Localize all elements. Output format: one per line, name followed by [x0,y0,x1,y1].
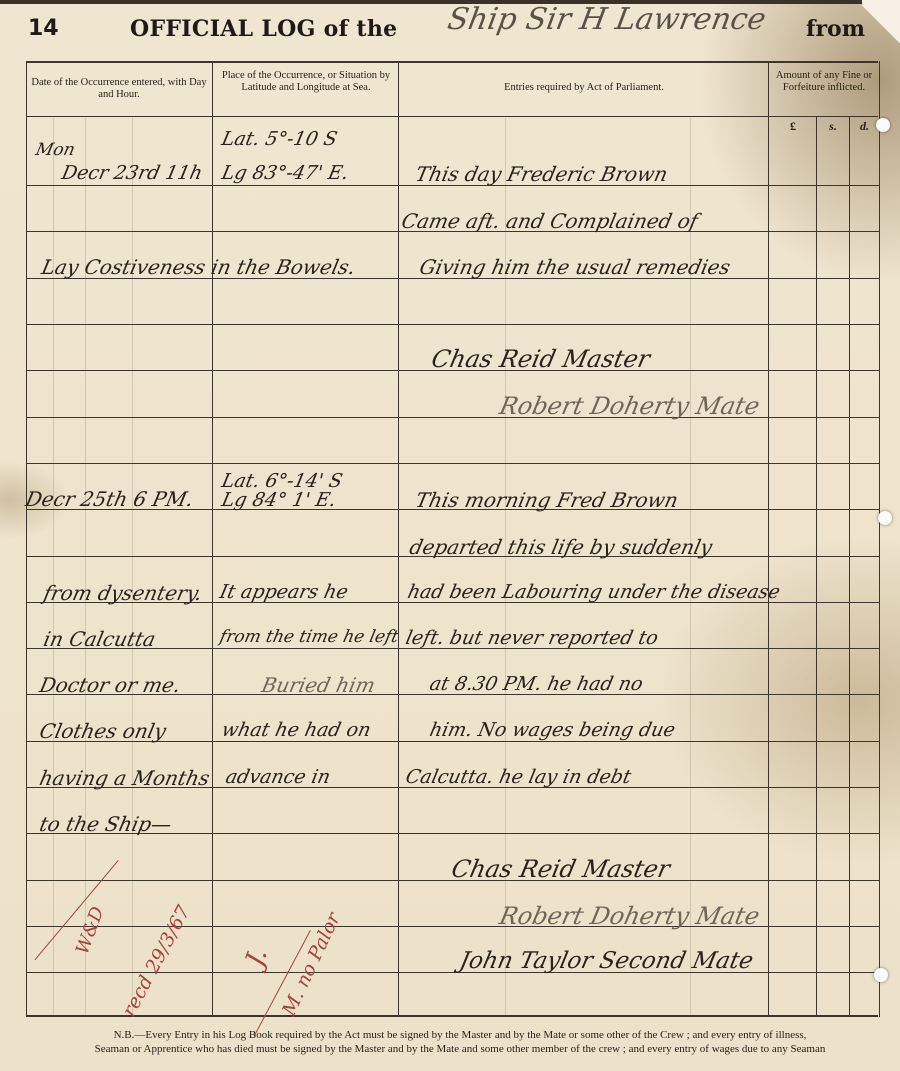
entry2-signature-master: Chas Reid Master [449,855,672,883]
entry1-line: Came aft. and Complained of [399,209,700,233]
entry1-line: This day Frederic Brown [413,162,669,186]
entry2-right-line: had been Labouring under the disease [406,581,782,603]
entry2-left-line: in Calcutta [41,627,157,651]
entry2-left-line: having a Months [37,766,212,790]
entry2-mid-line: from the time he left [218,627,401,647]
header-bottom-border [26,116,878,117]
header-pence: d. [850,120,879,132]
entry1-latitude: Lat. 5°-10 S [220,128,340,150]
entry2-left-line: from dysentery. [41,581,204,605]
col-border-entries-fine [768,61,769,1017]
log-page: 14 OFFICIAL LOG of the Ship Sir H Lawren… [0,0,900,1071]
header-fine: Amount of any Fine or Forfeiture inflict… [772,70,876,94]
entry2-right-line: at 8.30 PM. he had no [428,673,645,695]
page-title: OFFICIAL LOG of the [130,16,397,42]
entry2-left-line: Doctor or me. [37,673,182,697]
entry2-signature-second-mate: John Taylor Second Mate [457,948,755,974]
entry1-line: Giving him the usual remedies [417,255,732,279]
entry2-left-line: to the Ship— [37,812,173,836]
entry2-right-line: him. No wages being due [428,719,678,741]
entry2-line: departed this life by suddenly [407,535,714,559]
punch-hole [876,118,890,132]
entry2-mid-line: It appears he [218,581,350,603]
col-border-date-place [212,61,213,1017]
header-date: Date of the Occurrence entered, with Day… [30,77,208,101]
header-pounds: £ [770,120,816,132]
header-place: Place of the Occurrence, or Situation by… [218,70,394,94]
from-label: from [806,16,865,42]
footer-note: N.B.—Every Entry in his Log Book require… [30,1028,890,1056]
page-corner-curl [862,0,900,60]
table-top-border [26,61,878,63]
punch-hole [874,968,888,982]
entry2-mid-line: Buried him [259,673,377,697]
header-shillings: s. [817,120,849,132]
entry2-signature-mate: Robert Doherty Mate [497,902,762,930]
entry2-right-line: left. but never reported to [404,627,661,649]
entry2-mid-line: advance in [224,766,333,788]
entry1-signature-master: Chas Reid Master [429,345,652,373]
table-bottom-border [26,1015,878,1017]
entry2-left-line: Clothes only [37,719,168,743]
red-annotation: J. [240,944,274,970]
col-border-right [879,61,880,1017]
entry1-longitude: Lg 83°-47' E. [220,162,351,184]
header-entries: Entries required by Act of Parliament. [404,82,764,94]
entry1-date-line1: Mon [34,140,77,160]
col-border-left [26,61,27,1017]
ship-name-handwritten: Ship Sir H Lawrence [445,2,769,37]
punch-hole [878,511,892,525]
red-annotation: W&D [72,904,108,957]
red-annotation: recd 29/3/67 [118,902,195,1020]
col-border-shillings-pence [849,116,850,1016]
entry2-mid-line: what he had on [220,719,373,741]
page-number: 14 [28,16,59,41]
footer-note-line1: N.B.—Every Entry in his Log Book require… [30,1028,890,1042]
entry1-left-remark: Lay Costiveness in the Bowels. [39,255,357,279]
entry1-signature-mate: Robert Doherty Mate [497,392,762,420]
footer-note-line2: Seaman or Apprentice who has died must b… [30,1042,890,1056]
entry2-date: Decr 25th 6 PM. [23,487,195,511]
entry1-date-line2: Decr 23rd 11h [60,162,205,184]
entry2-longitude: Lg 84° 1' E. [220,489,338,511]
entry2-right-line: Calcutta. he lay in debt [404,766,633,788]
entry2-line: This morning Fred Brown [413,488,680,512]
col-border-pounds-shillings [816,116,817,1016]
col-border-place-entries [398,61,399,1017]
